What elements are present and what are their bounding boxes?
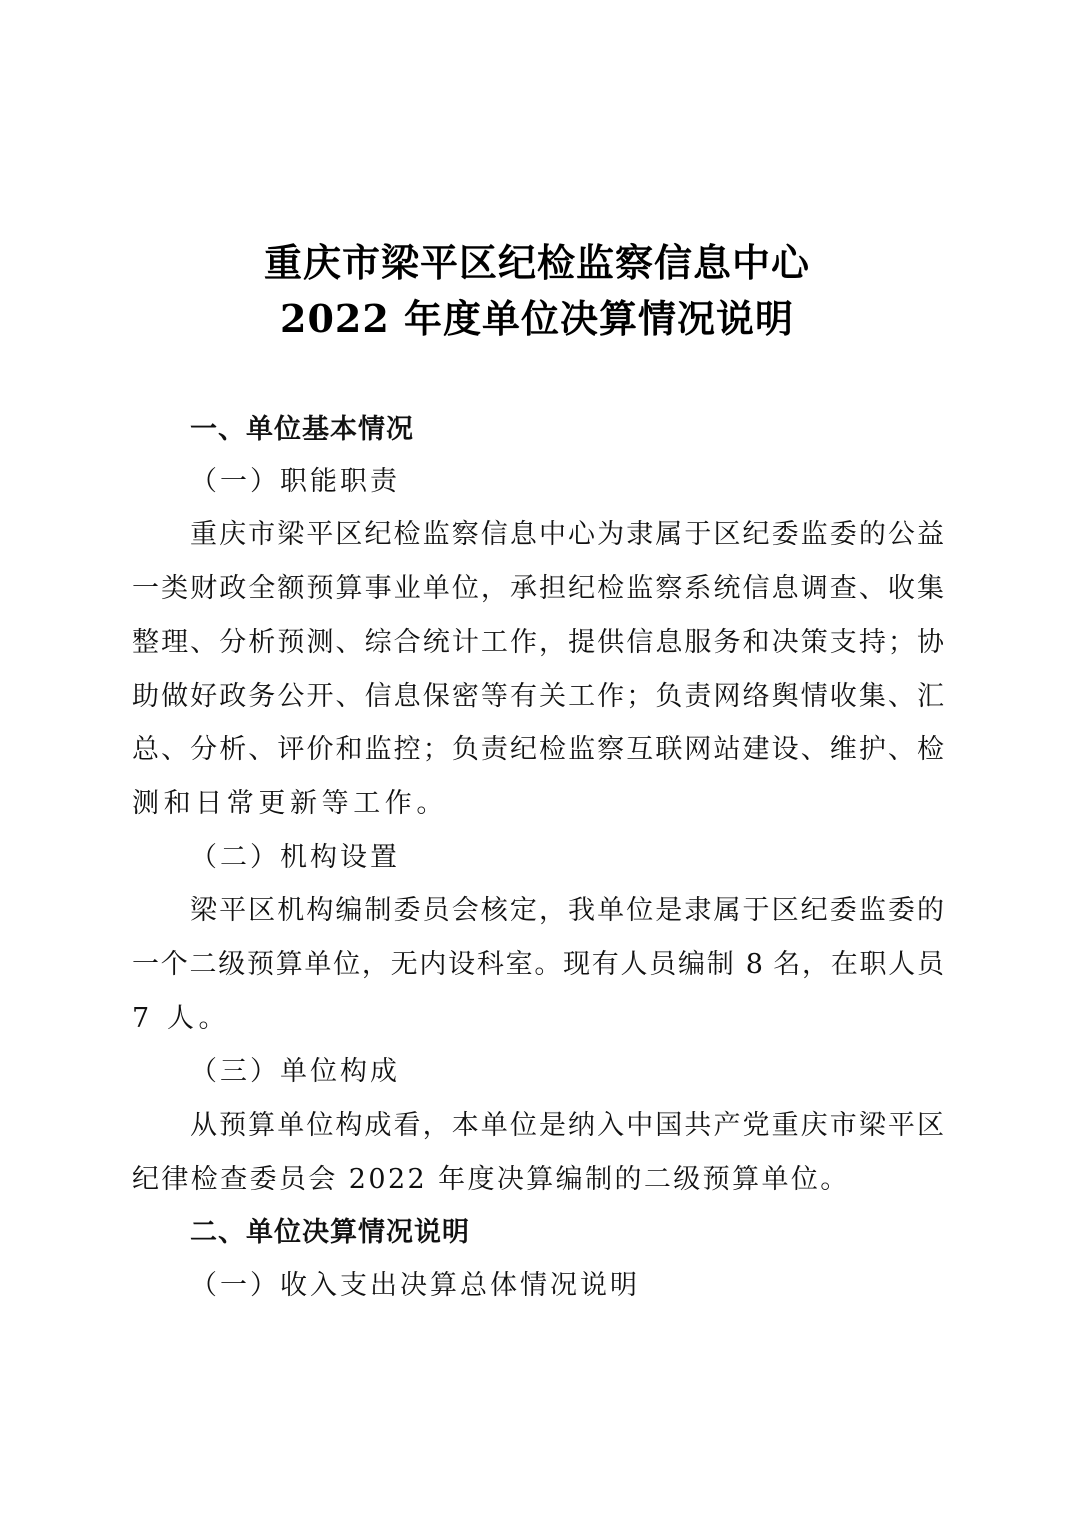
section-heading: 二、单位决算情况说明 (190, 1213, 944, 1253)
subsection-heading: （三）单位构成 (190, 1052, 944, 1092)
paragraph-line: 整理、分析预测、综合统计工作，提供信息服务和决策支持；协 (132, 623, 944, 663)
document-page: 重庆市梁平区纪检监察信息中心 2022 年度单位决算情况说明 一、单位基本情况 … (0, 0, 1074, 1520)
document-title-line-2: 2022 年度单位决算情况说明 (0, 294, 1074, 344)
paragraph-line: 重庆市梁平区纪检监察信息中心为隶属于区纪委监委的公益 (190, 515, 944, 555)
subsection-heading: （一）收入支出决算总体情况说明 (190, 1266, 944, 1306)
paragraph-line: 7 人。 (132, 999, 944, 1039)
paragraph-line: 测和日常更新等工作。 (132, 784, 944, 824)
paragraph-line: 总、分析、评价和监控；负责纪检监察互联网站建设、维护、检 (132, 730, 944, 770)
paragraph-line: 一个二级预算单位，无内设科室。现有人员编制 8 名，在职人员 (132, 945, 944, 985)
subsection-heading: （一）职能职责 (190, 462, 944, 502)
paragraph-line: 从预算单位构成看，本单位是纳入中国共产党重庆市梁平区 (190, 1106, 944, 1146)
paragraph-line: 纪律检查委员会 2022 年度决算编制的二级预算单位。 (132, 1160, 944, 1200)
section-heading: 一、单位基本情况 (190, 410, 944, 450)
paragraph-line: 梁平区机构编制委员会核定，我单位是隶属于区纪委监委的 (190, 891, 944, 931)
paragraph-line: 助做好政务公开、信息保密等有关工作；负责网络舆情收集、汇 (132, 677, 944, 717)
subsection-heading: （二）机构设置 (190, 838, 944, 878)
document-title-line-1: 重庆市梁平区纪检监察信息中心 (0, 238, 1074, 288)
paragraph-line: 一类财政全额预算事业单位，承担纪检监察系统信息调查、收集 (132, 569, 944, 609)
